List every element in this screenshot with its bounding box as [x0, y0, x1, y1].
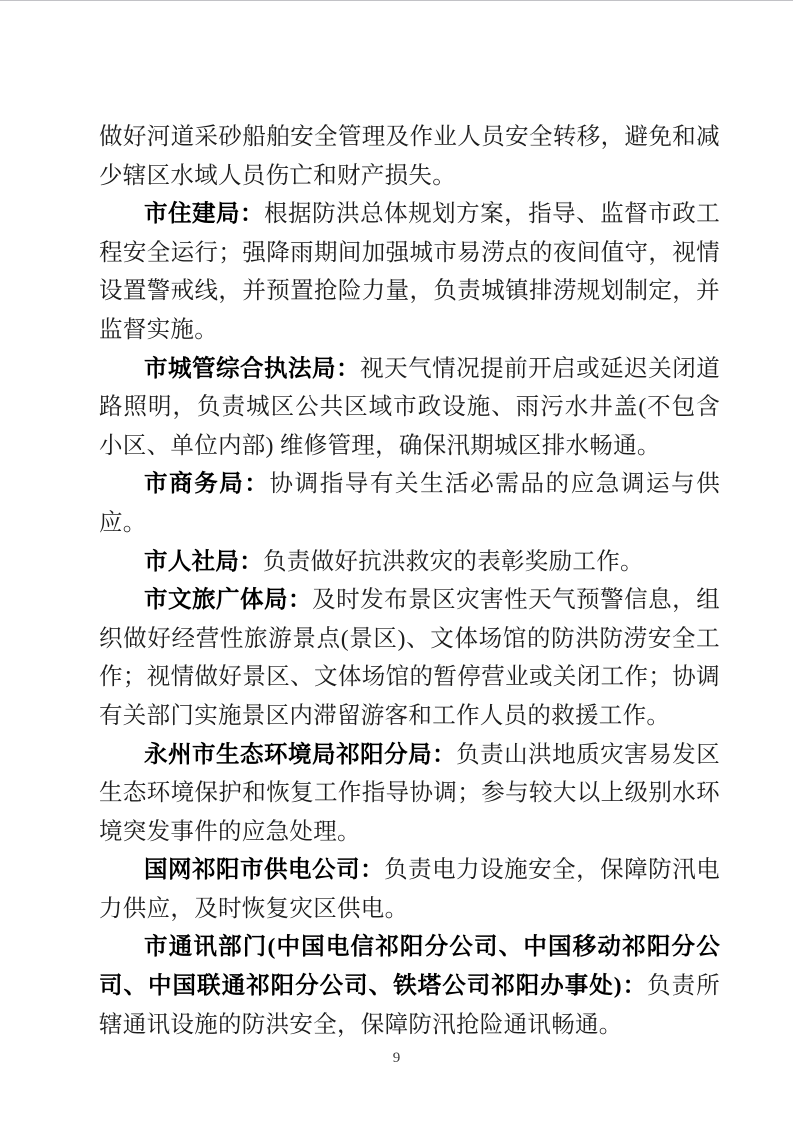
paragraph: 市住建局：根据防洪总体规划方案，指导、监督市政工程安全运行；强降雨期间加强城市易… — [99, 195, 720, 349]
document-body: 做好河道采砂船舶安全管理及作业人员安全转移，避免和减少辖区水域人员伤亡和财产损失… — [99, 118, 720, 1044]
department-name: 市商务局： — [144, 471, 270, 497]
paragraph: 市城管综合执法局：视天气情况提前开启或延迟关闭道路照明，负责城区公共区域市政设施… — [99, 350, 720, 466]
paragraph-text: 负责做好抗洪救灾的表彰奖励工作。 — [263, 549, 644, 575]
department-name: 市住建局： — [144, 201, 264, 227]
department-name: 市通讯部门(中国电信祁阳分公司、中国移动祁阳分公司、中国联通祁阳分公司、铁塔公司… — [99, 934, 720, 999]
paragraph: 市文旅广体局：及时发布景区灾害性天气预警信息，组织做好经营性旅游景点(景区)、文… — [99, 581, 720, 735]
department-name: 市城管综合执法局： — [144, 356, 360, 382]
department-name: 永州市生态环境局祁阳分局： — [144, 742, 456, 768]
department-name: 国网祁阳市供电公司： — [144, 857, 384, 883]
scan-edge-artifact — [0, 0, 793, 1]
paragraph: 市人社局：负责做好抗洪救灾的表彰奖励工作。 — [99, 543, 720, 582]
paragraph: 市商务局：协调指导有关生活必需品的应急调运与供应。 — [99, 465, 720, 542]
department-name: 市人社局： — [144, 549, 263, 575]
paragraph: 做好河道采砂船舶安全管理及作业人员安全转移，避免和减少辖区水域人员伤亡和财产损失… — [99, 118, 720, 195]
department-name: 市文旅广体局： — [144, 587, 312, 613]
document-page: 做好河道采砂船舶安全管理及作业人员安全转移，避免和减少辖区水域人员伤亡和财产损失… — [0, 0, 793, 1121]
paragraph: 永州市生态环境局祁阳分局：负责山洪地质灾害易发区生态环境保护和恢复工作指导协调；… — [99, 736, 720, 852]
paragraph-text: 做好河道采砂船舶安全管理及作业人员安全转移，避免和减少辖区水域人员伤亡和财产损失… — [99, 124, 720, 189]
paragraph: 国网祁阳市供电公司：负责电力设施安全，保障防汛电力供应，及时恢复灾区供电。 — [99, 851, 720, 928]
paragraph: 市通讯部门(中国电信祁阳分公司、中国移动祁阳分公司、中国联通祁阳分公司、铁塔公司… — [99, 928, 720, 1044]
page-number: 9 — [0, 1050, 793, 1067]
